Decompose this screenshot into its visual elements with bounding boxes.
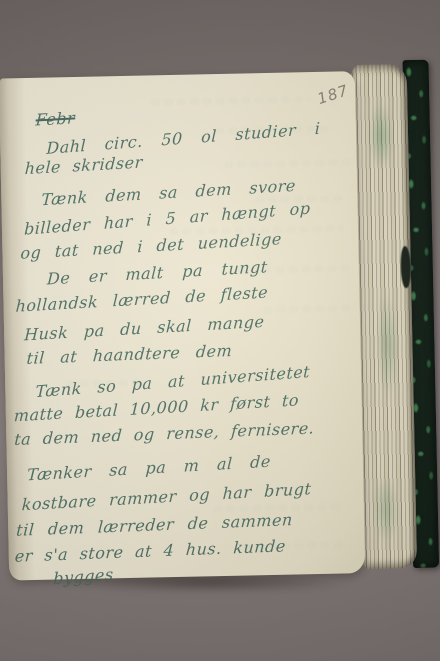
photo-of-open-notebook: 187 FebrDahl circ. 50 ol studier ihele s… [0,0,440,661]
handwriting-line: Husk pa du skal mange [24,312,265,345]
handwriting-line: bygges [53,565,114,589]
green-marbling-smudge [363,90,399,181]
pencil-page-number: 187 [316,81,352,108]
manuscript-page: 187 FebrDahl circ. 50 ol studier ihele s… [0,71,365,580]
notebook: 187 FebrDahl circ. 50 ol studier ihele s… [0,54,440,597]
dark-ink-blot [400,246,411,288]
handwriting-line: er s'a store at 4 hus. kunde [14,536,286,565]
handwriting-line: Dahl circ. 50 ol studier i [46,119,321,158]
handwriting-line: hele skridser [24,153,143,179]
handwriting-line: til dem lærreder de sammen [16,510,294,540]
ink-showthrough [223,157,351,169]
handwriting-line: Febr [35,108,75,129]
handwriting-line: til at haandtere dem [26,341,233,368]
green-marbling-smudge [367,464,405,555]
green-marbling-smudge [371,274,404,415]
handwriting-line: ta dem ned og rense, fernisere. [14,418,315,449]
handwriting-layer: FebrDahl circ. 50 ol studier ihele skrid… [0,71,355,78]
ink-showthrough [149,94,309,106]
handwriting-line: Tænker sa pa m al de [27,452,272,485]
ink-showthrough [262,303,352,314]
